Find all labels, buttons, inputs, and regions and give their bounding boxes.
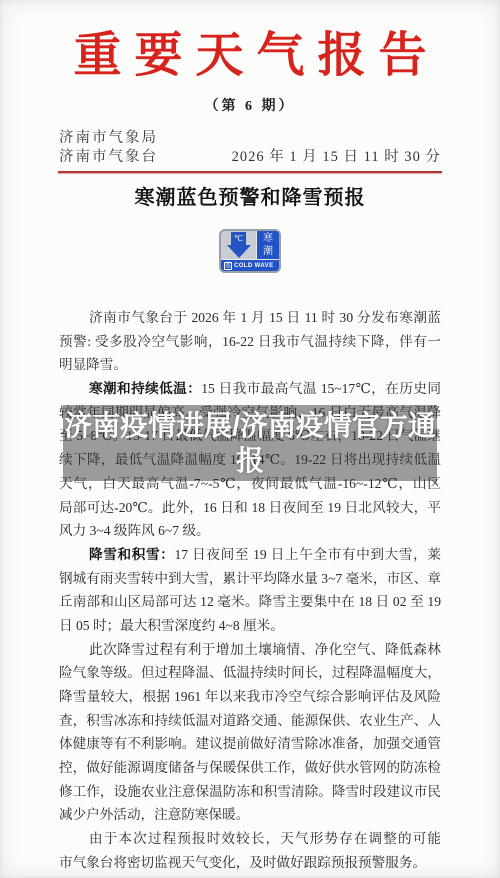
- body-line: 修工作，设施农业注意保温防冻和积雪清除。降雪时段建议市民: [59, 780, 441, 804]
- body-line: 日 05 时；最大积雪深度约 4~8 厘米。: [59, 614, 441, 638]
- temperature-drop-arrow-panel: ℃: [221, 231, 257, 259]
- cold-wave-blue-alert-icon: ℃ 寒 潮 蓝 COLD WAVE: [219, 229, 281, 273]
- body-line: 局部可达-20℃。此外，16 日和 18 日夜间至 19 日北风较大，平均: [59, 496, 441, 520]
- body-line: 由于本次过程预报时效较长，天气形势存在调整的可能性，: [59, 827, 441, 851]
- header-divider-rule: [58, 171, 442, 173]
- down-arrow-icon: ℃: [226, 232, 252, 258]
- issue-datetime: 2026 年 1 月 15 日 11 时 30 分: [232, 148, 441, 167]
- body-line: 市气象台将密切监视天气变化，及时做好跟踪预报预警服务。: [59, 851, 441, 875]
- issuing-agencies: 济南市气象局 济南市气象台: [59, 129, 158, 167]
- agency-date-row: 济南市气象局 济南市气象台 2026 年 1 月 15 日 11 时 30 分: [59, 129, 441, 167]
- body-line: 控，做好能源调度储备与保暖保供工作，做好供水管网的防冻检: [59, 756, 441, 780]
- body-line: 明显降雪。: [59, 353, 441, 377]
- cold-wave-char-2: 潮: [263, 245, 273, 258]
- body-line: 丘南部和山区局部可达 12 毫米。降雪主要集中在 18 日 02 至 19: [59, 590, 441, 614]
- celsius-symbol: ℃: [231, 232, 246, 245]
- cold-wave-label: 寒 潮: [257, 231, 279, 259]
- body-line: 钢城有雨夹雪转中到大雪，累计平均降水量 3~7 毫米，市区、章: [59, 567, 441, 591]
- body-line: 降雪和积雪：17 日夜间至 19 日上午全市有中到大雪，莱芜、: [59, 543, 441, 567]
- body-line: 体健康等有不利影响。建议提前做好清雪除冰准备，加强交通管: [59, 732, 441, 756]
- report-body: 济南市气象台于 2026 年 1 月 15 日 11 时 30 分发布寒潮蓝色预…: [59, 306, 441, 875]
- body-line: 至 5~8℃。15-17 日最低气温降温幅度 6℃左右，18-22 日气温继: [59, 424, 441, 448]
- body-line: 此次降雪过程有利于增加土壤墒情、净化空气、降低森林火: [59, 638, 441, 662]
- body-line: 风力 3~4 级阵风 6~7 级。: [59, 519, 441, 543]
- agency-bureau: 济南市气象局: [59, 129, 158, 148]
- arrow-head: [227, 245, 251, 258]
- agency-observatory: 济南市气象台: [59, 148, 158, 167]
- weather-report-document: 重要天气报告 （第 6 期） 济南市气象局 济南市气象台 2026 年 1 月 …: [0, 0, 500, 878]
- issue-number: （第 6 期）: [0, 99, 500, 115]
- alert-level-strip: 蓝 COLD WAVE: [221, 259, 279, 271]
- body-line: 降雪量较大，根据 1961 年以来我市冷空气综合影响评估及风险普: [59, 685, 441, 709]
- body-line: 续下降，最低气温降温幅度 10~14℃。19-22 日将出现持续低温: [59, 448, 441, 472]
- alert-icon-top: ℃ 寒 潮: [221, 231, 279, 259]
- report-subject-title: 寒潮蓝色预警和降雪预报: [0, 186, 500, 210]
- cold-wave-char-1: 寒: [263, 232, 273, 245]
- blue-level-badge: 蓝: [224, 262, 232, 270]
- body-line: 天气，白天最高气温-7~-5℃，夜间最低气温-16~-12℃，山区: [59, 472, 441, 496]
- body-line: 预警: 受多股冷空气影响，16-22 日我市气温持续下降，伴有一次: [59, 330, 441, 354]
- report-masthead-title: 重要天气报告: [0, 0, 500, 82]
- body-line: 险气象等级。但过程降温、低温持续时间长，过程降温幅度大，: [59, 661, 441, 685]
- cold-wave-caption: COLD WAVE: [234, 263, 274, 269]
- body-line: 较常年同期明显偏高。受强冷空气影响，16 日白天最高气温降: [59, 401, 441, 425]
- body-line: 寒潮和持续低温：15 日我市最高气温 15~17℃，在历史同期: [59, 377, 441, 401]
- body-line: 减少户外活动，注意防寒保暖。: [59, 803, 441, 827]
- body-line: 济南市气象台于 2026 年 1 月 15 日 11 时 30 分发布寒潮蓝色: [59, 306, 441, 330]
- body-line: 查，积雪冰冻和持续低温对道路交通、能源保供、农业生产、人: [59, 709, 441, 733]
